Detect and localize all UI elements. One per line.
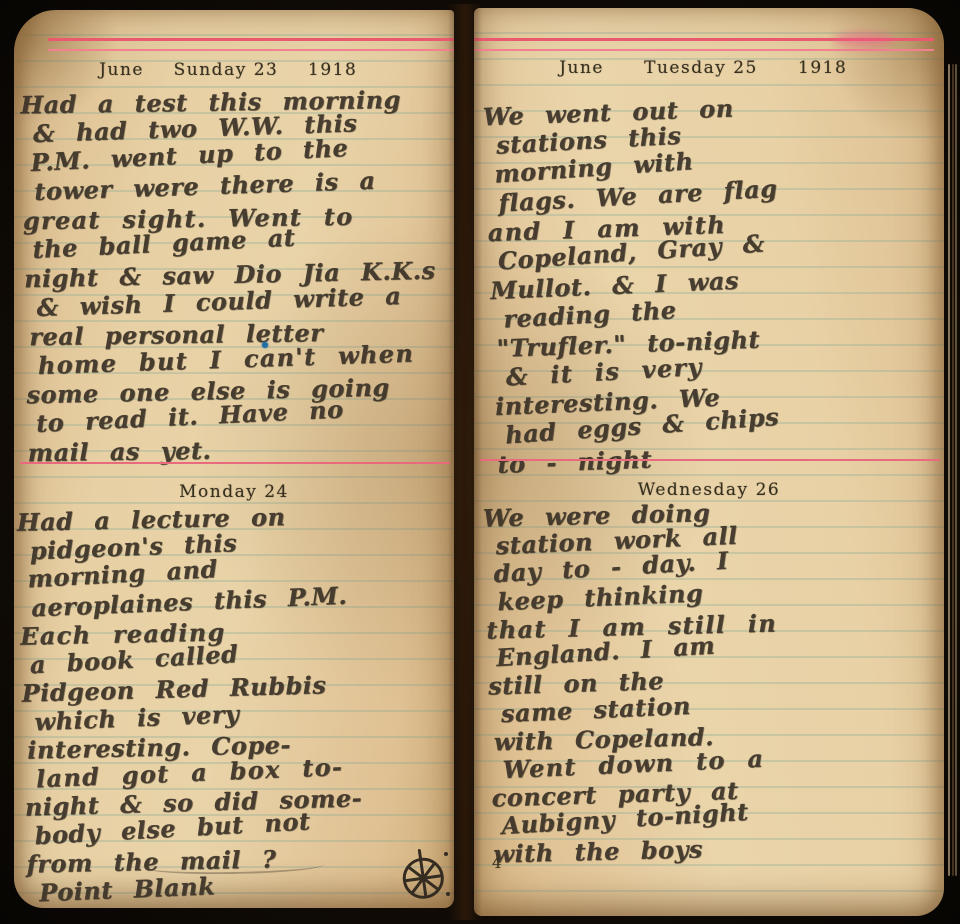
month-label: June [14,60,144,80]
blue-ink-dot [262,342,268,348]
page-header-right: June Tuesday 25 1918 [474,58,944,78]
year-label: 1918 [798,58,944,78]
compass-wheel-doodle [396,842,454,904]
page-right: June Tuesday 25 1918 We went out onstati… [474,8,944,916]
section-header-monday-24: Monday 24 [14,482,454,502]
month-label: June [474,58,604,78]
top-rule-left [48,38,454,51]
year-label: 1918 [308,60,454,80]
pink-ink-smear [834,32,894,48]
book-gutter-shadow [448,4,482,920]
entry-monday-24: Had a lecture onpidgeon's thismorning an… [16,499,364,907]
handwriting-line: with the boys [493,833,784,868]
page-edge [955,64,957,876]
entry-tuesday-25: We went out onstations thismorning withf… [482,90,789,479]
mid-rule-right [480,459,940,461]
diary-book-scan: June Sunday 23 1918 Had a test this morn… [0,0,960,924]
entry-wednesday-26: We were doingstation work allday to - da… [482,496,784,869]
mid-rule-left [20,462,450,464]
page-header-left: June Sunday 23 1918 [14,60,454,80]
entry-sunday-23: Had a test this morning& had two W.W. th… [20,82,439,468]
page-number: 4 [492,854,502,872]
day-label: Sunday 23 [144,60,308,80]
page-edge [948,64,950,876]
day-label: Tuesday 25 [604,58,798,78]
page-left: June Sunday 23 1918 Had a test this morn… [14,10,454,908]
page-edge [952,64,954,876]
